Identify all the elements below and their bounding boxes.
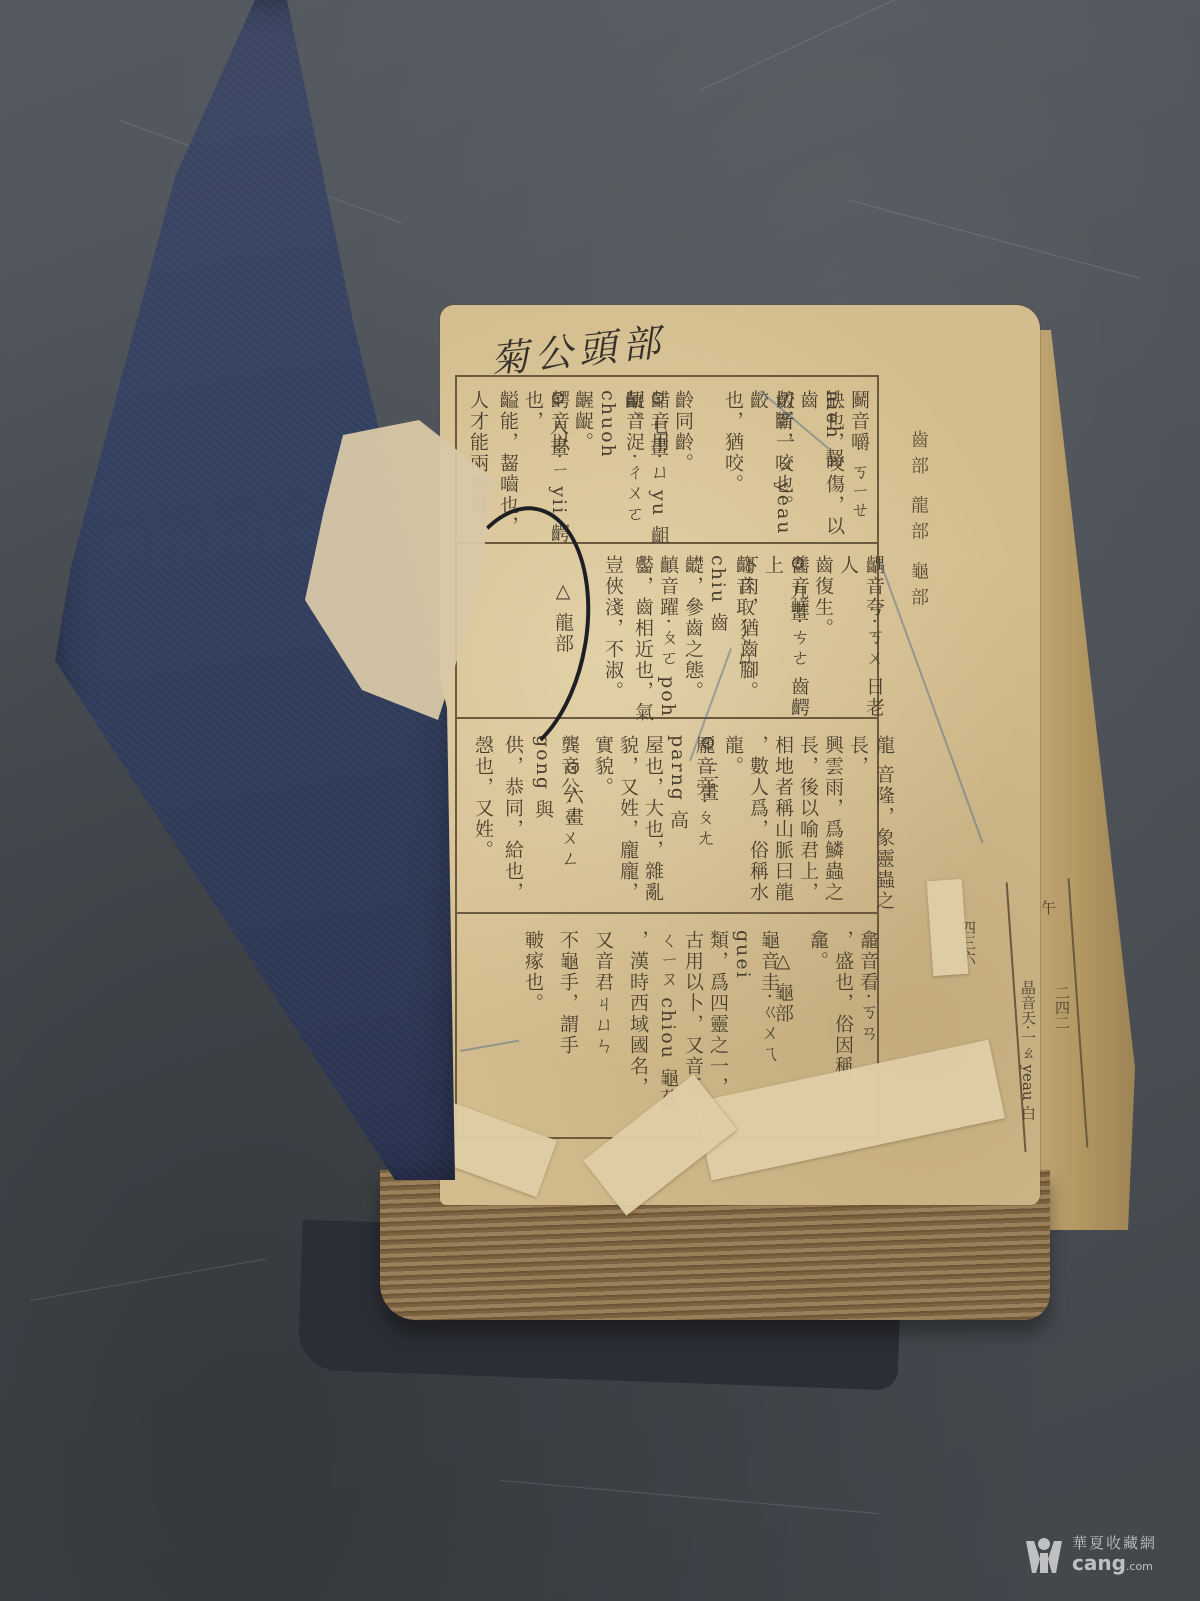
text-column: 齼，參齒之態。	[680, 555, 706, 725]
text-column: 龎音旁·ㄆㄤ parng 高	[665, 735, 717, 915]
text-column: 實貌。	[590, 735, 616, 915]
surface-scratch	[500, 1480, 879, 1514]
margin-entry: 晶音天·一ㄠ yeau 白	[1018, 980, 1039, 1170]
text-column: 類，爲四靈之一，	[705, 930, 731, 1110]
text-column: 龍。	[720, 735, 746, 915]
text-column: 興雲雨，爲鱗蟲之	[820, 735, 846, 915]
text-column: 齾，齒相近也，氣	[630, 555, 656, 725]
text-column: 長，後以喻君上，	[795, 735, 821, 915]
text-column: 供，恭同，給也，	[500, 735, 526, 915]
text-column: 齷齪。	[570, 390, 596, 550]
text-column: 貌，又姓，龐龐，	[615, 735, 641, 915]
text-column: 龍 音隆，象靈蟲之長，	[845, 735, 897, 915]
text-column: 齹音嵯·ㄘㄜ 齒齶上	[760, 555, 812, 725]
section-header: 齒部 龍部 龜部	[905, 430, 931, 613]
text-column: 缺也，咬傷，以齒	[795, 390, 847, 550]
text-column: 龔音公·ㄍㄨㄥ gong 與	[530, 735, 582, 915]
surface-scratch	[850, 200, 1140, 279]
watermark-latin-main: cang	[1072, 1551, 1126, 1575]
text-column: 相地者稱山脈曰龍	[770, 735, 796, 915]
text-column: ㄑㄧㄡ chiou 龜茲	[655, 930, 681, 1110]
text-column: 齡同齡。	[670, 390, 696, 550]
text-column: 皸瘃也。	[520, 930, 546, 1110]
paper-repair-patch	[927, 879, 969, 976]
cang-logo-icon	[1022, 1533, 1066, 1577]
watermark-chinese: 華夏收藏網	[1072, 1532, 1157, 1553]
text-column: 龜音圭·ㄍㄨㄟ guei	[730, 930, 782, 1110]
text-column: 不龜手，謂手	[555, 930, 581, 1110]
watermark-latin: cang.com	[1072, 1553, 1157, 1577]
text-column: 又音君ㄐㄩㄣ	[590, 930, 616, 1110]
text-column: 齵音夸·ㄎㄨ 日老人	[835, 555, 887, 725]
surface-scratch	[700, 0, 936, 91]
text-column: 愨也，又姓。	[470, 735, 496, 915]
text-column: 也，猶咬。	[720, 390, 746, 550]
watermark-suffix: .com	[1126, 1560, 1153, 1573]
text-column: 齻音躍·ㄆㄛ poh	[655, 555, 681, 725]
margin-char: 午	[1038, 900, 1059, 915]
text-column: 齒復生。	[810, 555, 836, 725]
text-column: ，數人爲，俗稱水	[745, 735, 771, 915]
watermark: 華夏收藏網 cang.com	[1022, 1532, 1157, 1577]
surface-scratch	[30, 1258, 267, 1301]
text-column: ，漢時西域國名，	[625, 930, 651, 1110]
page-number: 二四二	[1052, 985, 1073, 1030]
text-column: 齪音浞·ㄔㄨㄛ chuoh	[595, 390, 647, 550]
text-column: 豈俠淺，不淑。	[600, 555, 626, 725]
text-column: 屋也，大也，雜亂	[640, 735, 666, 915]
